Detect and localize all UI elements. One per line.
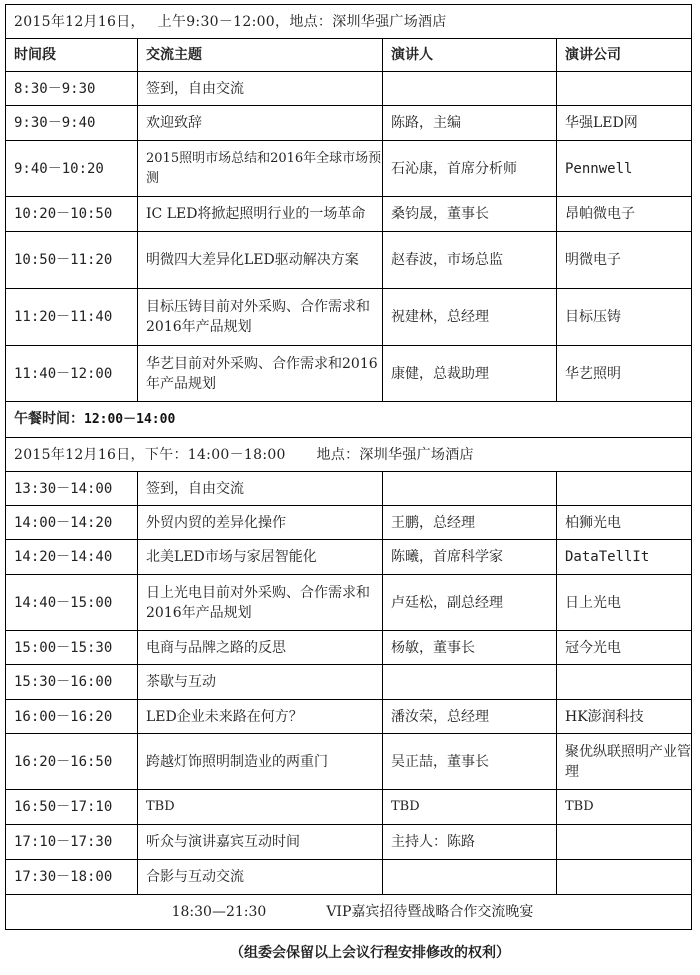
row-speaker bbox=[383, 860, 557, 895]
row-time: 13:30－14:00 bbox=[6, 472, 138, 506]
row-topic: 日上光电目前对外采购、合作需求和2016年产品规划 bbox=[138, 575, 383, 631]
row-company: 日上光电 bbox=[557, 575, 692, 631]
row-speaker bbox=[383, 665, 557, 700]
row-time: 16:50－17:10 bbox=[6, 790, 138, 825]
row-company: 目标压铸 bbox=[557, 289, 692, 346]
row-company: 华强LED网 bbox=[557, 106, 692, 141]
row-speaker: 杨敏，董事长 bbox=[383, 631, 557, 665]
col-header-company: 演讲公司 bbox=[557, 39, 692, 72]
afternoon-session-heading: 2015年12月16日，下午：14:00－18:00 地点：深圳华强广场酒店 bbox=[6, 438, 692, 472]
row-topic: 听众与演讲嘉宾互动时间 bbox=[138, 825, 383, 860]
row-topic: 签到，自由交流 bbox=[138, 72, 383, 106]
table-row: 17:30－18:00 合影与互动交流 bbox=[6, 860, 692, 895]
table-row: 11:20－11:40 目标压铸目前对外采购、合作需求和2016年产品规划 祝建… bbox=[6, 289, 692, 346]
table-row: 14:20－14:40 北美LED市场与家居智能化 陈曦，首席科学家 DataT… bbox=[6, 540, 692, 575]
row-topic: LED企业未来路在何方？ bbox=[138, 700, 383, 734]
row-topic: IC LED将掀起照明行业的一场革命 bbox=[138, 197, 383, 232]
row-time: 11:40－12:00 bbox=[6, 346, 138, 402]
table-row: 9:30－9:40 欢迎致辞 陈路，主编 华强LED网 bbox=[6, 106, 692, 141]
afternoon-location: 地点：深圳华强广场酒店 bbox=[317, 447, 474, 463]
row-topic: 北美LED市场与家居智能化 bbox=[138, 540, 383, 575]
row-time: 10:20－10:50 bbox=[6, 197, 138, 232]
lunch-time: 12:00－14:00 bbox=[84, 412, 175, 427]
row-company bbox=[557, 72, 692, 106]
row-speaker: 卢廷松，副总经理 bbox=[383, 575, 557, 631]
row-company: Pennwell bbox=[557, 141, 692, 197]
row-company bbox=[557, 472, 692, 506]
table-row: 11:40－12:00 华艺目前对外采购、合作需求和2016年产品规划 康健，总… bbox=[6, 346, 692, 402]
row-speaker: 赵春波，市场总监 bbox=[383, 232, 557, 289]
table-row: 15:30－16:00 茶歇与互动 bbox=[6, 665, 692, 700]
row-topic: 目标压铸目前对外采购、合作需求和2016年产品规划 bbox=[138, 289, 383, 346]
row-topic: 明微四大差异化LED驱动解决方案 bbox=[138, 232, 383, 289]
table-row: 14:40－15:00 日上光电目前对外采购、合作需求和2016年产品规划 卢廷… bbox=[6, 575, 692, 631]
conference-schedule-table: 2015年12月16日， 上午9:30－12:00，地点：深圳华强广场酒店 时间… bbox=[5, 4, 692, 930]
row-time: 11:20－11:40 bbox=[6, 289, 138, 346]
table-row: 15:00－15:30 电商与品牌之路的反思 杨敏，董事长 冠今光电 bbox=[6, 631, 692, 665]
row-speaker: 祝建林，总经理 bbox=[383, 289, 557, 346]
row-company: TBD bbox=[557, 790, 692, 825]
row-speaker bbox=[383, 72, 557, 106]
row-speaker: TBD bbox=[383, 790, 557, 825]
table-row: 13:30－14:00 签到，自由交流 bbox=[6, 472, 692, 506]
column-header-row: 时间段 交流主题 演讲人 演讲公司 bbox=[6, 39, 692, 72]
row-time: 9:40－10:20 bbox=[6, 141, 138, 197]
row-time: 16:00－16:20 bbox=[6, 700, 138, 734]
row-speaker: 王鹏，总经理 bbox=[383, 506, 557, 540]
row-time: 10:50－11:20 bbox=[6, 232, 138, 289]
col-header-speaker: 演讲人 bbox=[383, 39, 557, 72]
table-row: 10:20－10:50 IC LED将掀起照明行业的一场革命 桑钧晟，董事长 昂… bbox=[6, 197, 692, 232]
row-time: 9:30－9:40 bbox=[6, 106, 138, 141]
row-time: 14:20－14:40 bbox=[6, 540, 138, 575]
row-company: 昂帕微电子 bbox=[557, 197, 692, 232]
col-header-topic: 交流主题 bbox=[138, 39, 383, 72]
schedule-footnote: （组委会保留以上会议行程安排修改的权利） bbox=[0, 942, 700, 962]
row-time: 8:30－9:30 bbox=[6, 72, 138, 106]
table-row: 16:20－16:50 跨越灯饰照明制造业的两重门 吴正喆，董事长 聚优纵联照明… bbox=[6, 734, 692, 790]
row-company: HK澎润科技 bbox=[557, 700, 692, 734]
row-time: 16:20－16:50 bbox=[6, 734, 138, 790]
dinner-title: VIP嘉宾招待暨战略合作交流晚宴 bbox=[326, 904, 533, 920]
row-company: 华艺照明 bbox=[557, 346, 692, 402]
row-time: 14:40－15:00 bbox=[6, 575, 138, 631]
table-row: 17:10－17:30 听众与演讲嘉宾互动时间 主持人：陈路 bbox=[6, 825, 692, 860]
afternoon-time: 下午：14:00－18:00 bbox=[145, 447, 286, 463]
row-topic: 合影与互动交流 bbox=[138, 860, 383, 895]
row-speaker: 吴正喆，董事长 bbox=[383, 734, 557, 790]
row-topic: 电商与品牌之路的反思 bbox=[138, 631, 383, 665]
row-topic: 2015照明市场总结和2016年全球市场预测 bbox=[138, 141, 383, 197]
row-speaker: 陈曦，首席科学家 bbox=[383, 540, 557, 575]
row-topic: 欢迎致辞 bbox=[138, 106, 383, 141]
row-time: 15:00－15:30 bbox=[6, 631, 138, 665]
morning-location: 地点：深圳华强广场酒店 bbox=[289, 14, 446, 30]
row-speaker bbox=[383, 472, 557, 506]
row-company bbox=[557, 860, 692, 895]
row-company: 柏狮光电 bbox=[557, 506, 692, 540]
row-topic: 茶歇与互动 bbox=[138, 665, 383, 700]
morning-date: 2015年12月16日， bbox=[14, 14, 145, 30]
dinner-banquet-row: 18:30—21:30VIP嘉宾招待暨战略合作交流晚宴 bbox=[6, 895, 692, 930]
lunch-label: 午餐时间： bbox=[14, 411, 84, 427]
dinner-time: 18:30—21:30 bbox=[172, 904, 267, 920]
row-speaker: 桑钧晟，董事长 bbox=[383, 197, 557, 232]
row-speaker: 主持人：陈路 bbox=[383, 825, 557, 860]
row-topic: 华艺目前对外采购、合作需求和2016年产品规划 bbox=[138, 346, 383, 402]
row-speaker: 潘汝荣，总经理 bbox=[383, 700, 557, 734]
row-topic: 外贸内贸的差异化操作 bbox=[138, 506, 383, 540]
morning-session-heading: 2015年12月16日， 上午9:30－12:00，地点：深圳华强广场酒店 bbox=[6, 5, 692, 39]
row-speaker: 陈路，主编 bbox=[383, 106, 557, 141]
afternoon-date: 2015年12月16日， bbox=[14, 447, 145, 463]
row-company: 冠今光电 bbox=[557, 631, 692, 665]
table-row: 9:40－10:20 2015照明市场总结和2016年全球市场预测 石沁康，首席… bbox=[6, 141, 692, 197]
morning-time: 上午9:30－12:00， bbox=[158, 14, 290, 30]
col-header-time: 时间段 bbox=[6, 39, 138, 72]
row-time: 14:00－14:20 bbox=[6, 506, 138, 540]
row-company bbox=[557, 825, 692, 860]
row-topic: TBD bbox=[138, 790, 383, 825]
table-row: 14:00－14:20 外贸内贸的差异化操作 王鹏，总经理 柏狮光电 bbox=[6, 506, 692, 540]
table-row: 16:00－16:20 LED企业未来路在何方？ 潘汝荣，总经理 HK澎润科技 bbox=[6, 700, 692, 734]
row-company: DataTellIt bbox=[557, 540, 692, 575]
row-time: 17:10－17:30 bbox=[6, 825, 138, 860]
table-row: 16:50－17:10 TBD TBD TBD bbox=[6, 790, 692, 825]
table-row: 10:50－11:20 明微四大差异化LED驱动解决方案 赵春波，市场总监 明微… bbox=[6, 232, 692, 289]
row-company: 聚优纵联照明产业管理 bbox=[557, 734, 692, 790]
row-company bbox=[557, 665, 692, 700]
row-time: 17:30－18:00 bbox=[6, 860, 138, 895]
row-time: 15:30－16:00 bbox=[6, 665, 138, 700]
row-topic: 跨越灯饰照明制造业的两重门 bbox=[138, 734, 383, 790]
row-company: 明微电子 bbox=[557, 232, 692, 289]
row-speaker: 康健，总裁助理 bbox=[383, 346, 557, 402]
lunch-break-row: 午餐时间：12:00－14:00 bbox=[6, 402, 692, 438]
row-topic: 签到，自由交流 bbox=[138, 472, 383, 506]
table-row: 8:30－9:30 签到，自由交流 bbox=[6, 72, 692, 106]
row-speaker: 石沁康，首席分析师 bbox=[383, 141, 557, 197]
